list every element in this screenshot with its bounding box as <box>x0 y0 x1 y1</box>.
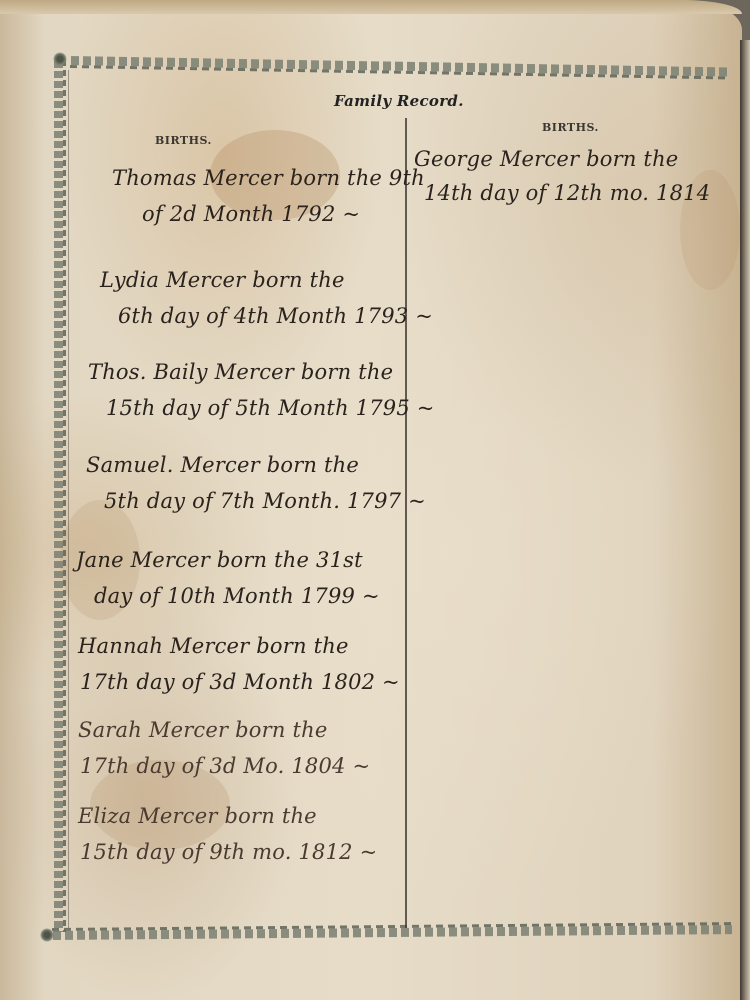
birth-entry: George Mercer born the 14th day of 12th … <box>414 142 710 210</box>
ornamental-border-left <box>54 60 66 932</box>
births-header-right: BIRTHS. <box>542 121 599 134</box>
corner-rosette-icon <box>40 928 54 942</box>
birth-entry: Jane Mercer born the 31st day of 10th Mo… <box>76 542 380 614</box>
birth-entry: Lydia Mercer born the 6th day of 4th Mon… <box>100 262 433 334</box>
corner-rosette-icon <box>53 52 67 66</box>
birth-entry: Thos. Baily Mercer born the 15th day of … <box>88 354 435 426</box>
birth-entry: Eliza Mercer born the 15th day of 9th mo… <box>78 798 377 870</box>
column-divider <box>405 118 407 928</box>
page-edge <box>0 0 742 14</box>
birth-entry: Samuel. Mercer born the 5th day of 7th M… <box>86 447 426 519</box>
book-spine <box>740 40 750 1000</box>
inner-rule <box>68 70 69 928</box>
birth-entry: Hannah Mercer born the 17th day of 3d Mo… <box>78 628 400 700</box>
birth-entry: Sarah Mercer born the 17th day of 3d Mo.… <box>78 712 370 784</box>
page-title: Family Record. <box>334 92 464 110</box>
births-header-left: BIRTHS. <box>155 134 212 147</box>
birth-entry: Thomas Mercer born the 9th of 2d Month 1… <box>112 160 425 232</box>
